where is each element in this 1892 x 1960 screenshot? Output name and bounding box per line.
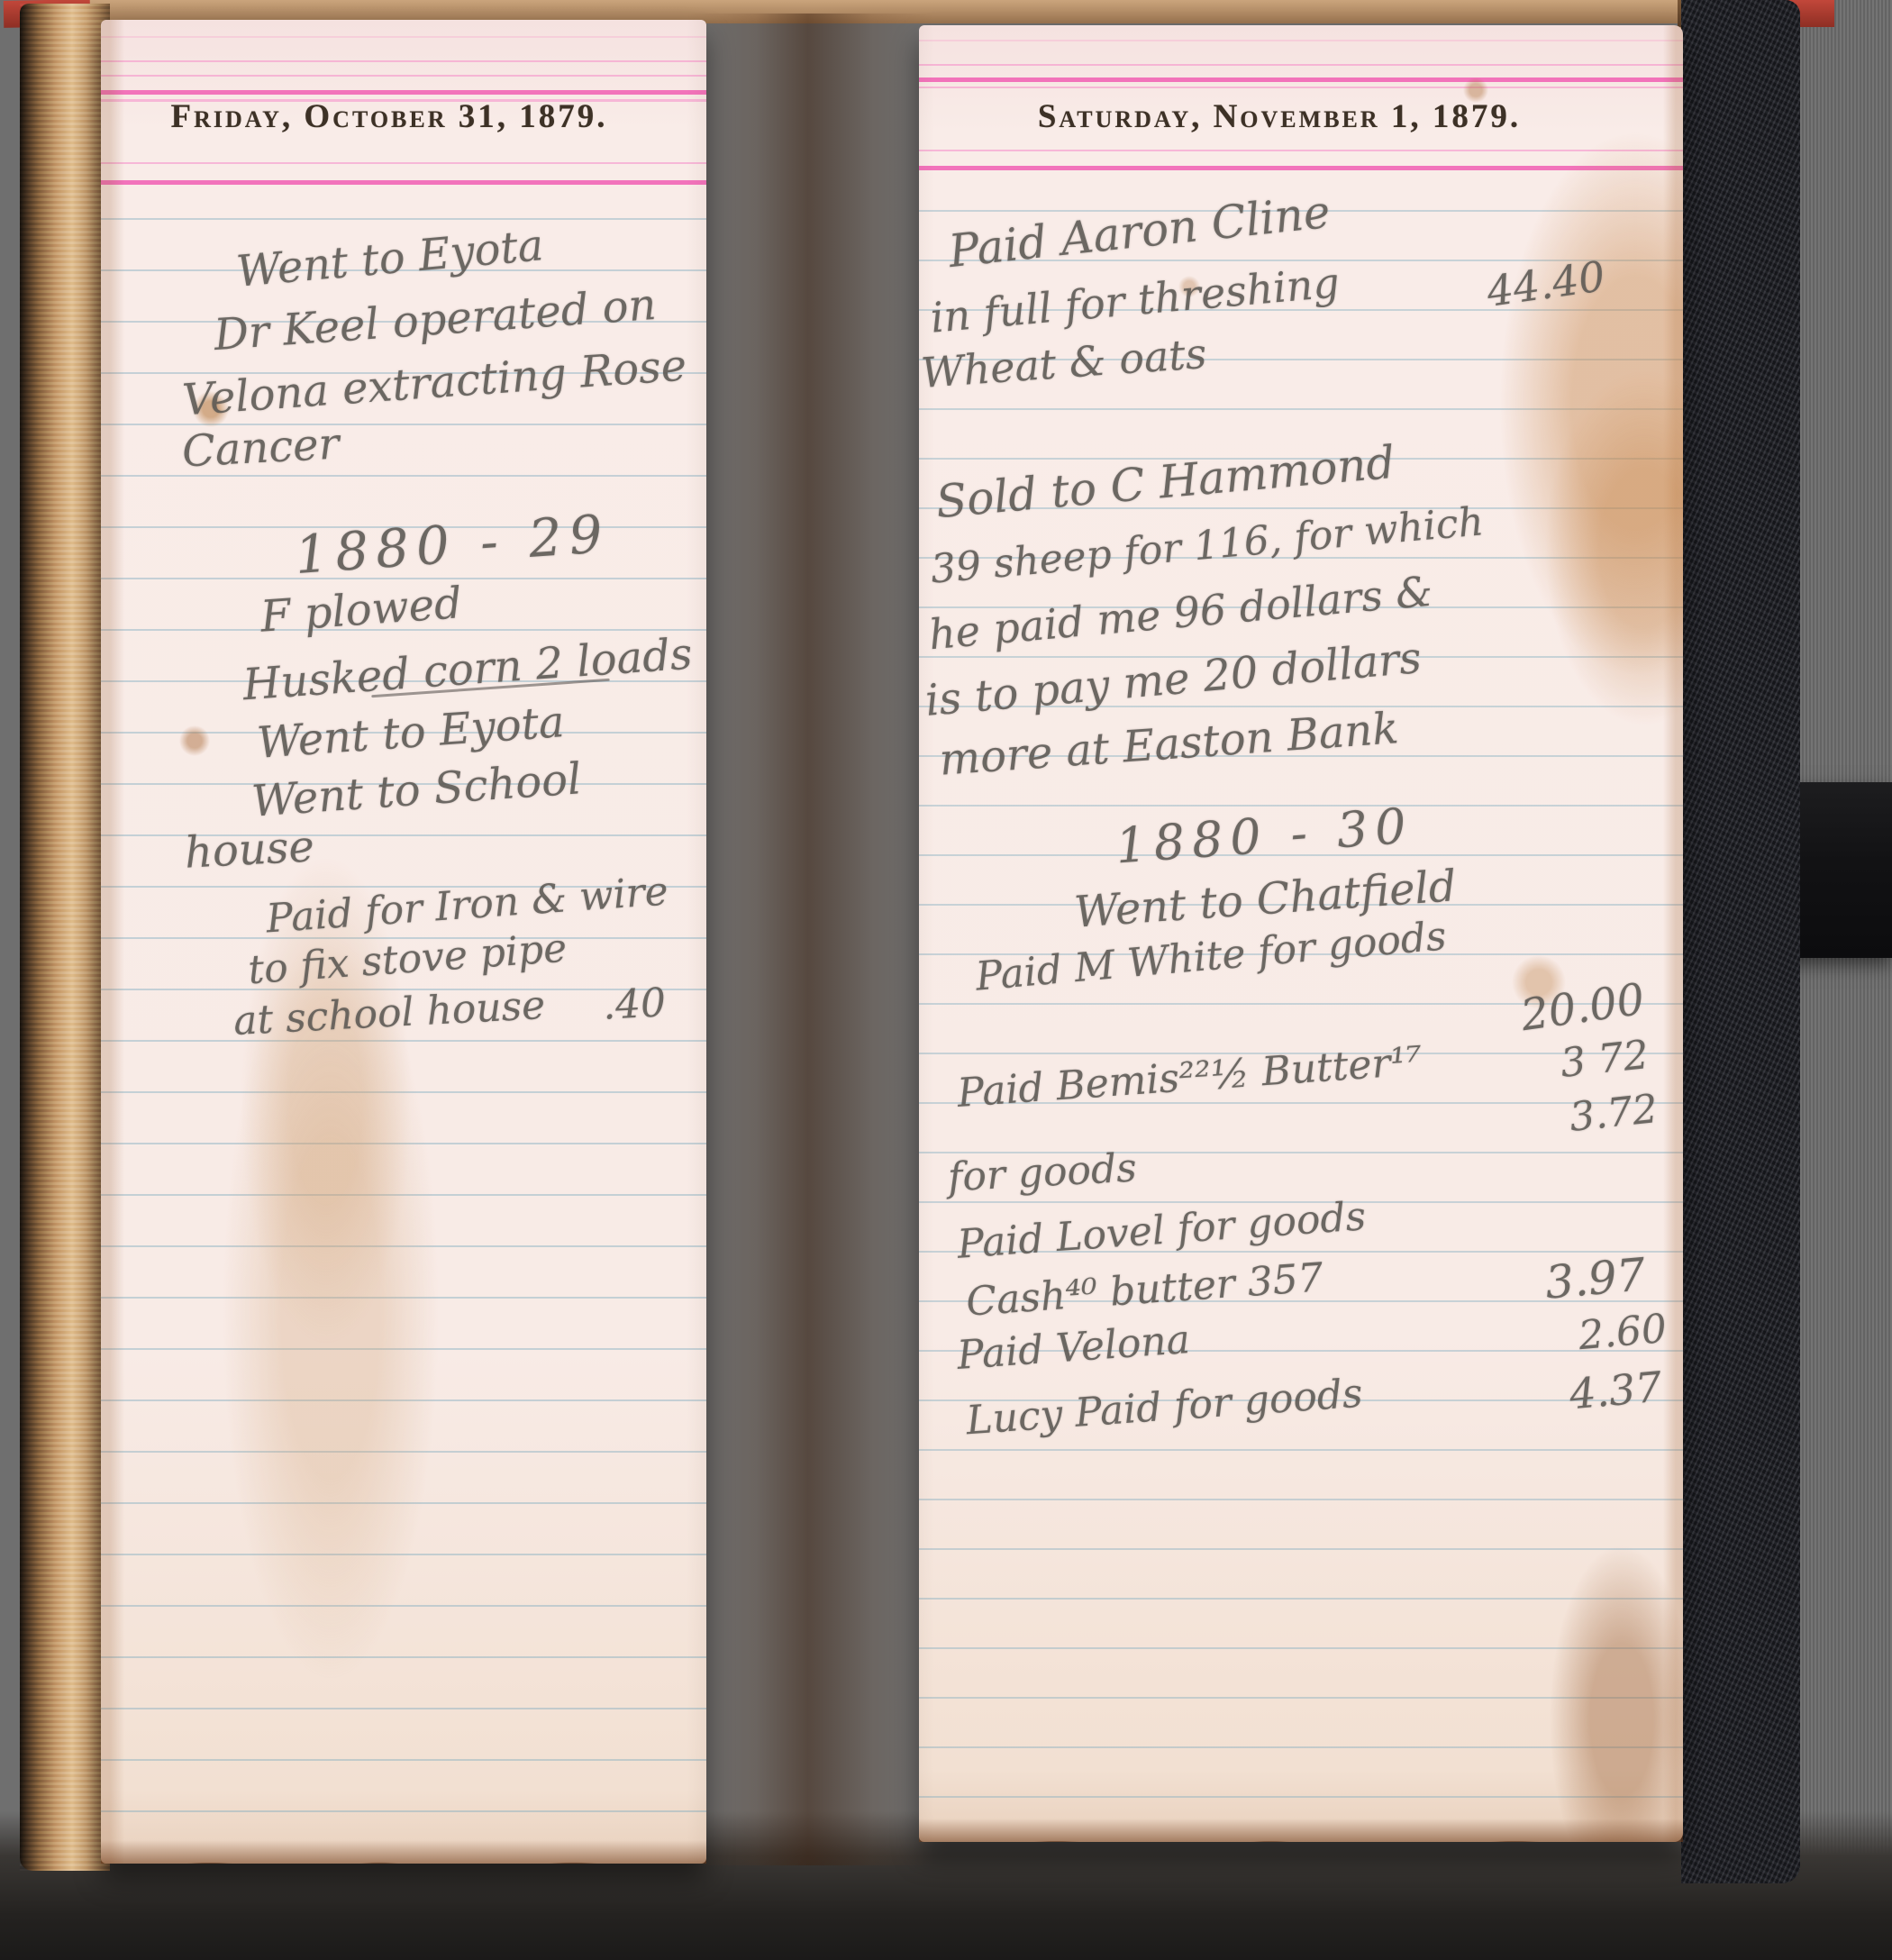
handwritten-line: 4.37 [1568,1363,1664,1419]
handwritten-line: 3 72 [1559,1032,1651,1087]
handwritten-line: 3.97 [1543,1248,1648,1308]
handwritten-line: Paid Bemis²²½ Butter¹⁷ [956,1038,1424,1117]
handwritten-line: house [184,821,315,878]
diary-page-left: Friday, October 31, 1879. Went to EyotaD… [101,20,706,1864]
handwriting-right: Paid Aaron Clinein full for threshing44.… [919,25,1683,1842]
handwritten-line: for goods [947,1145,1138,1201]
handwritten-line: Paid Velona [956,1317,1192,1379]
handwritten-line: 1880 - 30 [1114,798,1414,875]
scanned-diary-spread: Friday, October 31, 1879. Went to EyotaD… [0,0,1892,1960]
handwritten-line: Lucy Paid for goods [965,1371,1364,1445]
handwritten-line: at school house [232,982,546,1044]
handwritten-line: F plowed [259,578,463,642]
handwritten-line: Went to Eyota [234,220,545,297]
handwritten-line: 20.00 [1518,974,1648,1042]
handwriting-left: Went to EyotaDr Keel operated onVelona e… [101,20,706,1864]
handwritten-line: Husked corn 2 loads [241,629,695,711]
handwritten-line: Paid for Iron & wire [265,868,670,942]
handwritten-line: Cancer [181,418,341,477]
diary-page-right: Saturday, November 1, 1879. Paid Aaron C… [919,25,1683,1842]
book-cover [1681,0,1800,1883]
handwritten-line: 2.60 [1577,1306,1669,1359]
handwritten-line: 3.72 [1568,1086,1660,1141]
handwritten-line: .40 [602,980,668,1029]
page-edges-left [20,4,110,1871]
book-gutter-shadow [687,14,934,1865]
handwritten-line: Cash⁴⁰ butter 357 [965,1254,1325,1326]
handwritten-line: 1880 - 29 [293,503,612,586]
scanner-background [1784,0,1892,1960]
handwritten-line: 44.40 [1484,251,1608,316]
